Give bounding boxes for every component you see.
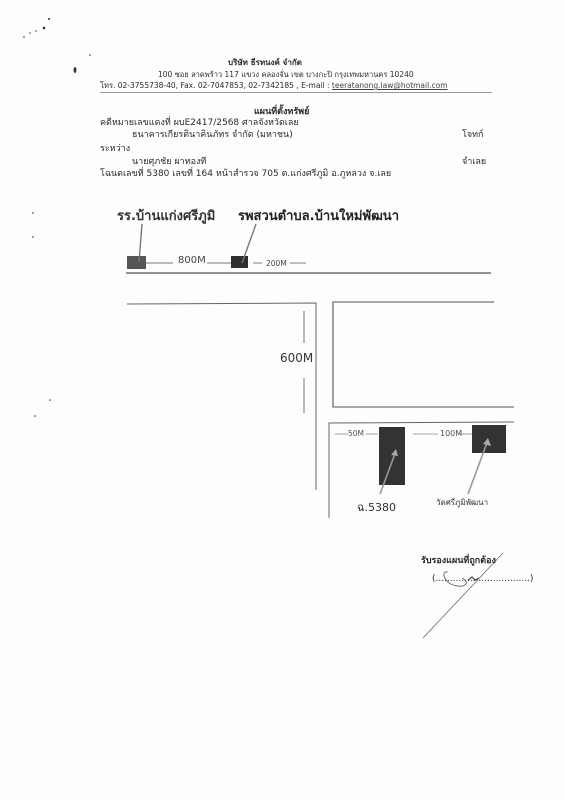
deed-parcel-marker bbox=[379, 427, 405, 485]
header-divider bbox=[100, 92, 492, 93]
distance-800: 800M bbox=[178, 255, 206, 266]
email-link[interactable]: teeratanong.law@hotmail.com bbox=[332, 81, 448, 90]
defendant-role: จำเลย bbox=[462, 154, 486, 168]
company-contact: โทร. 02-3755738-40, Fax. 02-7047853, 02-… bbox=[100, 80, 448, 92]
hospital-marker bbox=[231, 256, 248, 268]
plaintiff-name: ธนาคารเกียรตินาคินภัทร จำกัด (มหาชน) bbox=[132, 127, 293, 141]
deed-details: โฉนดเลขที่ 5380 เลขที่ 164 หน้าสำรวจ 705… bbox=[100, 166, 391, 180]
landmark-school-label: รร.บ้านแก่งศรีภูมิ bbox=[117, 205, 215, 226]
hospital-arrow bbox=[242, 224, 256, 263]
landmark-hospital-label: รพสวนตำบล.บ้านใหม่พัฒนา bbox=[238, 205, 399, 226]
temple-marker bbox=[472, 425, 506, 453]
deed-parcel-label: ฉ.5380 bbox=[357, 498, 396, 516]
contact-phone-fax: โทร. 02-3755738-40, Fax. 02-7047853, 02-… bbox=[100, 81, 332, 90]
between-label: ระหว่าง bbox=[100, 141, 130, 155]
distance-600: 600M bbox=[280, 351, 313, 365]
school-marker bbox=[127, 256, 146, 269]
certification-title: รับรองแผนที่ถูกต้อง bbox=[421, 553, 496, 567]
company-name: บริษัท ธีรทนงค์ จำกัด bbox=[228, 56, 302, 69]
distance-200: 200M bbox=[266, 259, 287, 268]
signature-line: (.................................) bbox=[432, 574, 533, 584]
distance-100: 100M bbox=[440, 429, 462, 438]
scan-marks bbox=[23, 18, 91, 417]
plaintiff-role: โจทก์ bbox=[462, 127, 484, 141]
left-block-outline bbox=[127, 303, 316, 490]
temple-label: วัดศรีภูมิพัฒนา bbox=[436, 496, 488, 509]
right-upper-block bbox=[333, 302, 514, 407]
distance-50: 50M bbox=[348, 429, 364, 438]
